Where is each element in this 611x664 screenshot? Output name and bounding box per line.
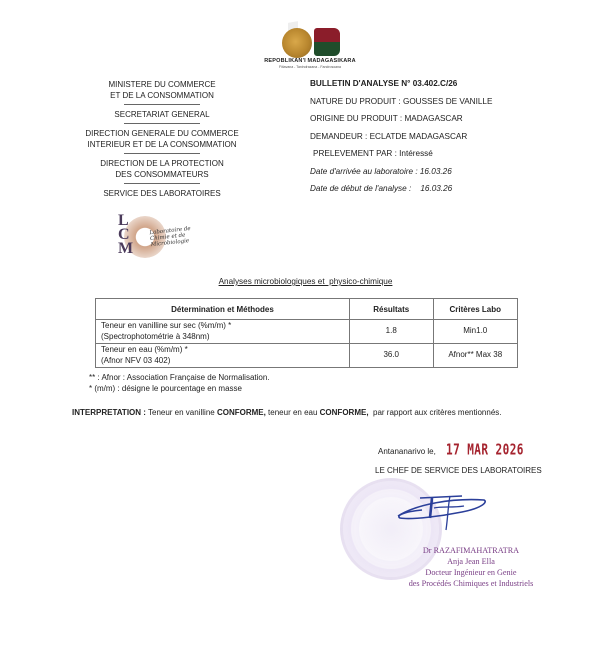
analysis-start-date: Date de début de l'analyse : 16.03.26 — [310, 184, 492, 202]
direction-generale-name: DIRECTION GENERALE DU COMMERCE INTERIEUR… — [78, 128, 246, 150]
secretariat-name: SECRETARIAT GENERAL — [78, 109, 246, 120]
place-date: Antananarivo le, 17 MAR 2026 — [378, 443, 538, 458]
verdict-vanillin: CONFORME, — [217, 408, 266, 417]
flag-green-stripe — [314, 42, 340, 56]
arrival-date: Date d'arrivée au laboratoire : 16.03.26 — [310, 167, 492, 185]
flag-red-stripe — [314, 28, 340, 42]
ministry-name: MINISTERE DU COMMERCE ET DE LA CONSOMMAT… — [78, 79, 246, 101]
signatory-specialty: des Procédés Chimiques et Industriels — [380, 578, 562, 589]
divider — [124, 123, 200, 124]
lab-logo-letters: L C M — [118, 214, 133, 256]
header-criteria: Critères Labo — [433, 299, 518, 320]
table-header-row: Détermination et Méthodes Résultats Crit… — [96, 299, 518, 320]
footnote-afnor: ** : Afnor : Association Française de No… — [89, 372, 270, 383]
divider — [124, 183, 200, 184]
header-determination: Détermination et Méthodes — [96, 299, 350, 320]
table-row: Teneur en vanilline sur sec (%m/m) * (Sp… — [96, 320, 518, 344]
header-results: Résultats — [349, 299, 433, 320]
service-name: SERVICE DES LABORATOIRES — [78, 188, 246, 199]
divider — [124, 104, 200, 105]
result-cell: 1.8 — [349, 320, 433, 344]
signatory-title: Docteur Ingénieur en Genie — [380, 567, 562, 578]
lab-logo-script: Laboratoire de Chimie et de Microbiologi… — [149, 226, 192, 248]
national-seal-icon — [282, 28, 312, 58]
result-cell: 36.0 — [349, 344, 433, 368]
table-row: Teneur en eau (%m/m) * (Afnor NFV 03 402… — [96, 344, 518, 368]
date-stamp: 17 MAR 2026 — [446, 442, 524, 459]
interpretation-label: INTERPRETATION : — [72, 408, 146, 417]
section-title: Analyses microbiologiques et physico-chi… — [0, 277, 611, 286]
bulletin-header: BULLETIN D'ANALYSE N° 03.402.C/26 NATURE… — [310, 79, 492, 202]
verdict-water: CONFORME, — [320, 408, 369, 417]
determination-cell: Teneur en vanilline sur sec (%m/m) * (Sp… — [96, 320, 350, 344]
product-nature: NATURE DU PRODUIT : GOUSSES DE VANILLE — [310, 97, 492, 115]
place: Antananarivo le, — [378, 447, 436, 456]
emblem-motto: Fitiavana - Tanindrazana - Fandrosoana — [258, 65, 362, 69]
requester: DEMANDEUR : ECLATDE MADAGASCAR — [310, 132, 492, 150]
signatory-name: Dr RAZAFIMAHATRATRA — [380, 545, 562, 556]
product-origin: ORIGINE DU PRODUIT : MADAGASCAR — [310, 114, 492, 132]
direction-protection-name: DIRECTION DE LA PROTECTION DES CONSOMMAT… — [78, 158, 246, 180]
ministry-header: MINISTERE DU COMMERCE ET DE LA CONSOMMAT… — [78, 79, 246, 201]
signatory-block: Dr RAZAFIMAHATRATRA Anja Jean Ella Docte… — [380, 545, 562, 589]
signatory-first-name: Anja Jean Ella — [380, 556, 562, 567]
criteria-cell: Afnor** Max 38 — [433, 344, 518, 368]
signature-icon — [392, 486, 492, 536]
divider — [124, 153, 200, 154]
sampling-by: PRELEVEMENT PAR : Intéressé — [310, 149, 492, 167]
bulletin-number: BULLETIN D'ANALYSE N° 03.402.C/26 — [310, 79, 492, 97]
footnotes: ** : Afnor : Association Française de No… — [89, 372, 270, 394]
determination-cell: Teneur en eau (%m/m) * (Afnor NFV 03 402… — [96, 344, 350, 368]
footnote-mass: * (m/m) : désigne le pourcentage en mass… — [89, 383, 270, 394]
analysis-table: Détermination et Méthodes Résultats Crit… — [95, 298, 518, 368]
national-emblem: REPOBLIKAN'I MADAGASIKARA Fitiavana - Ta… — [258, 18, 362, 70]
chief-title: LE CHEF DE SERVICE DES LABORATOIRES — [375, 466, 542, 475]
emblem-caption: REPOBLIKAN'I MADAGASIKARA — [258, 58, 362, 64]
criteria-cell: Min1.0 — [433, 320, 518, 344]
interpretation: INTERPRETATION : Teneur en vanilline CON… — [72, 408, 502, 417]
lab-logo: L C M Laboratoire de Chimie et de Microb… — [116, 214, 208, 260]
